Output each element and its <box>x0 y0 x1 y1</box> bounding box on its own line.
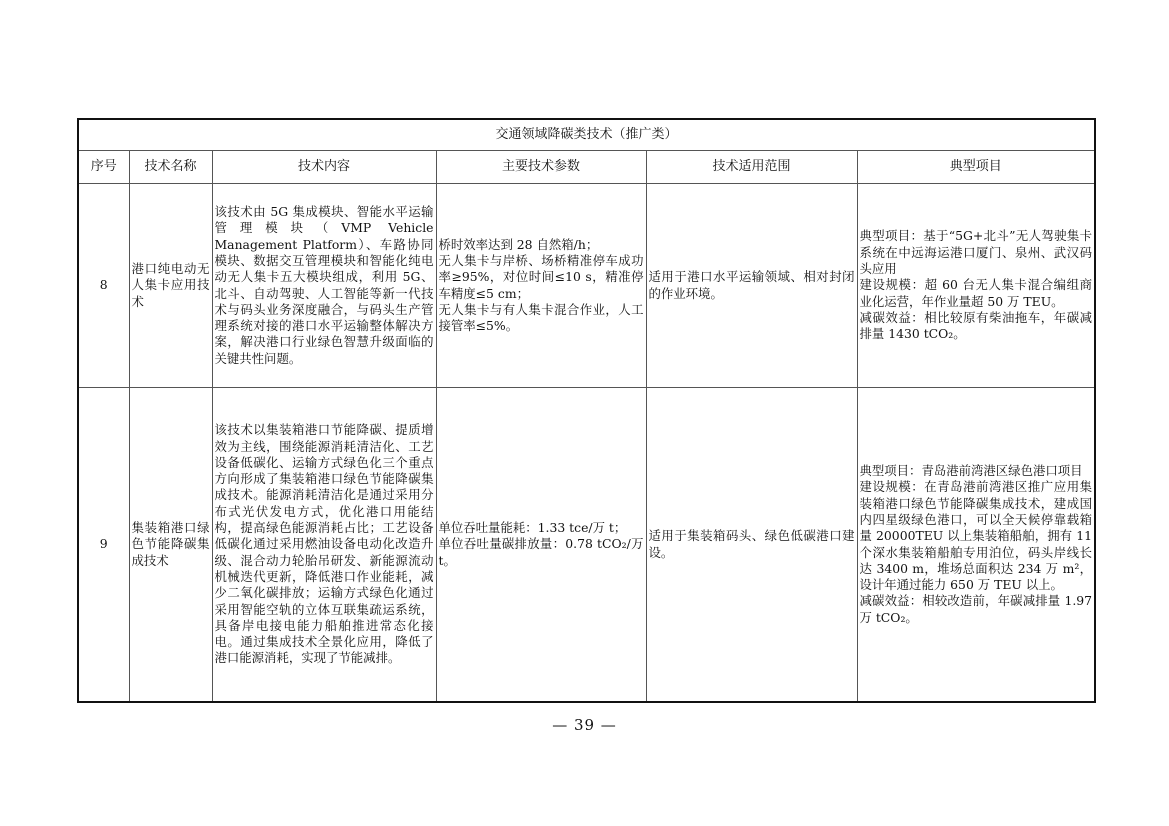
header-params: 主要技术参数 <box>436 151 646 184</box>
tech-scope: 适用于港口水平运输领域、相对封闭的作业环境。 <box>646 184 857 388</box>
header-content: 技术内容 <box>212 151 436 184</box>
param-line: 单位吞吐量碳排放量：0.78 tCO₂/万 t。 <box>439 536 644 569</box>
table-row: 8 港口纯电动无人集卡应用技术 该技术由 5G 集成模块、智能水平运输管理模块（… <box>78 184 1095 388</box>
tech-name: 港口纯电动无人集卡应用技术 <box>129 184 212 388</box>
project-line: 减碳效益：相较改造前，年碳减排量 1.97 万 tCO₂。 <box>860 593 1093 626</box>
typical-project: 典型项目：基于“5G+北斗”无人驾驶集卡系统在中远海运港口厦门、泉州、武汉码头应… <box>857 184 1095 388</box>
typical-project: 典型项目：青岛港前湾港区绿色港口项目 建设规模：在青岛港前湾港区推广应用集装箱港… <box>857 388 1095 703</box>
project-line: 典型项目：青岛港前湾港区绿色港口项目 <box>860 463 1093 479</box>
project-line: 建设规模：超 60 台无人集卡混合编组商业化运营，年作业量超 50 万 TEU。 <box>860 277 1093 310</box>
param-line: 无人集卡与有人集卡混合作业，人工接管率≤5%。 <box>439 302 644 335</box>
project-line: 建设规模：在青岛港前湾港区推广应用集装箱港口绿色节能降碳集成技术，建成国内四星级… <box>860 479 1093 593</box>
table-title: 交通领域降碳类技术（推广类） <box>78 119 1095 151</box>
page-number: — 39 — <box>0 716 1169 734</box>
row-number: 8 <box>78 184 129 388</box>
row-number: 9 <box>78 388 129 703</box>
header-name: 技术名称 <box>129 151 212 184</box>
carbon-reduction-tech-table: 交通领域降碳类技术（推广类） 序号 技术名称 技术内容 主要技术参数 技术适用范… <box>77 118 1096 703</box>
tech-params: 桥时效率达到 28 自然箱/h； 无人集卡与岸桥、场桥精准停车成功率≥95%，对… <box>436 184 646 388</box>
param-line: 无人集卡与岸桥、场桥精准停车成功率≥95%，对位时间≤10 s，精准停车精度≤5… <box>439 253 644 302</box>
tech-scope: 适用于集装箱码头、绿色低碳港口建设。 <box>646 388 857 703</box>
header-project: 典型项目 <box>857 151 1095 184</box>
table-row: 9 集装箱港口绿色节能降碳集成技术 该技术以集装箱港口节能降碳、提质增效为主线，… <box>78 388 1095 703</box>
tech-content: 该技术由 5G 集成模块、智能水平运输管理模块（VMP Vehicle Mana… <box>212 184 436 388</box>
header-scope: 技术适用范围 <box>646 151 857 184</box>
table-header-row: 序号 技术名称 技术内容 主要技术参数 技术适用范围 典型项目 <box>78 151 1095 184</box>
project-line: 减碳效益：相比较原有柴油拖车，年碳减排量 1430 tCO₂。 <box>860 310 1093 343</box>
tech-name: 集装箱港口绿色节能降碳集成技术 <box>129 388 212 703</box>
header-no: 序号 <box>78 151 129 184</box>
tech-params: 单位吞吐量能耗：1.33 tce/万 t； 单位吞吐量碳排放量：0.78 tCO… <box>436 388 646 703</box>
table-title-row: 交通领域降碳类技术（推广类） <box>78 119 1095 151</box>
param-line: 单位吞吐量能耗：1.33 tce/万 t； <box>439 520 644 536</box>
param-line: 桥时效率达到 28 自然箱/h； <box>439 237 644 253</box>
tech-content: 该技术以集装箱港口节能降碳、提质增效为主线，围绕能源消耗清洁化、工艺设备低碳化、… <box>212 388 436 703</box>
project-line: 典型项目：基于“5G+北斗”无人驾驶集卡系统在中远海运港口厦门、泉州、武汉码头应… <box>860 228 1093 277</box>
